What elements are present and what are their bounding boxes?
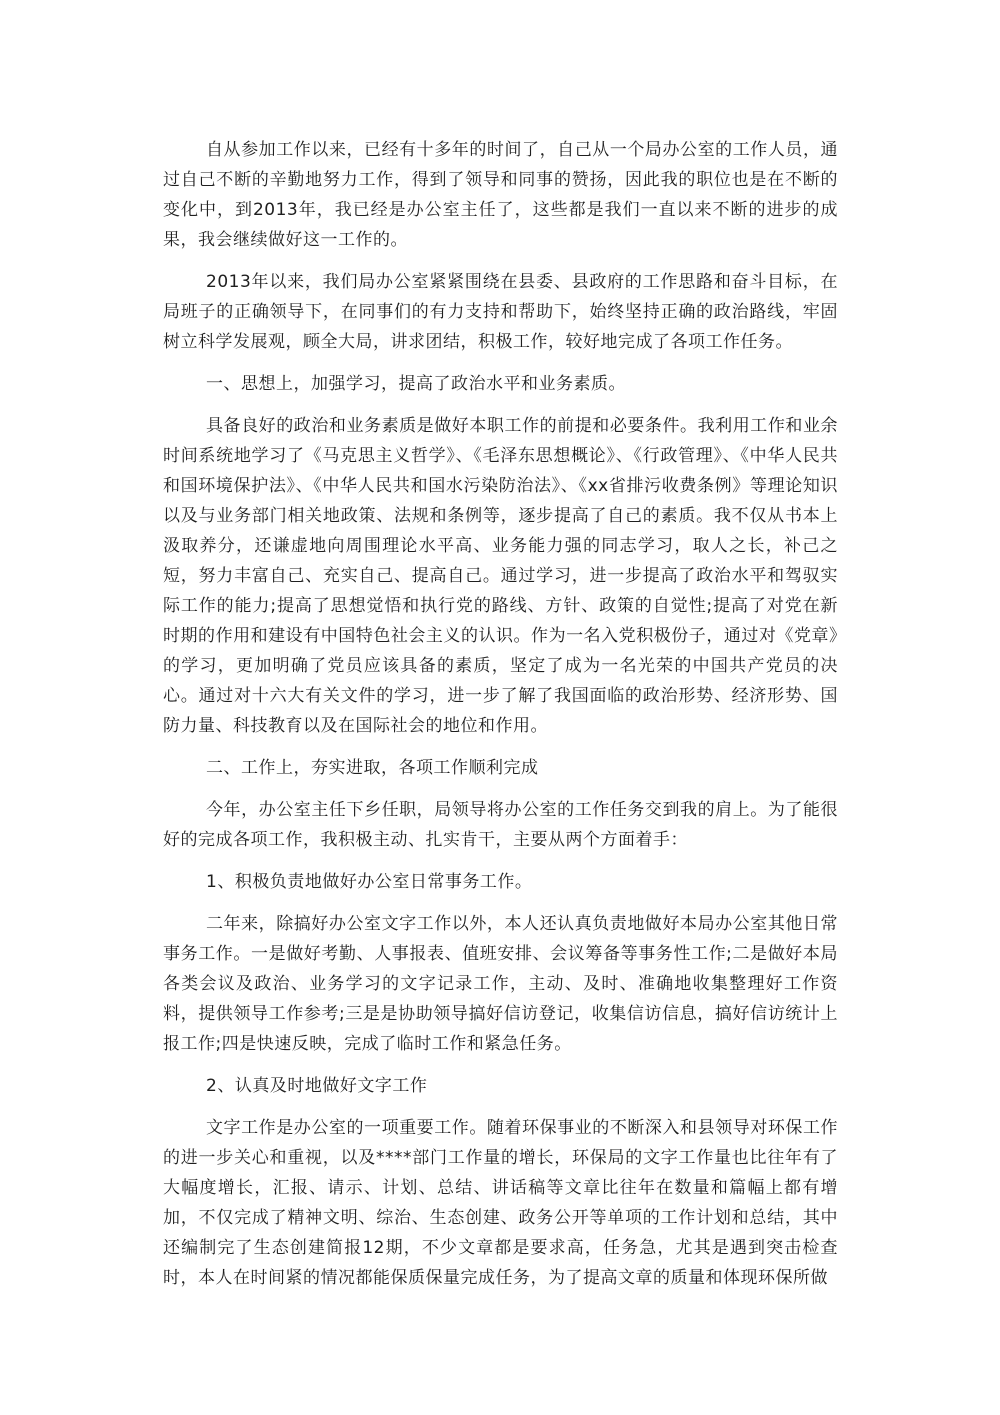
paragraph: 具备良好的政治和业务素质是做好本职工作的前提和必要条件。我利用工作和业余时间系统… bbox=[163, 411, 838, 741]
paragraph: 二年来，除搞好办公室文字工作以外，本人还认真负责地做好本局办公室其他日常事务工作… bbox=[163, 909, 838, 1059]
document-page: 自从参加工作以来，已经有十多年的时间了，自己从一个局办公室的工作人员，通过自己不… bbox=[0, 0, 1000, 1415]
section-heading: 二、工作上，夯实进取，各项工作顺利完成 bbox=[163, 753, 838, 783]
section-heading: 2、认真及时地做好文字工作 bbox=[163, 1071, 838, 1101]
document-body: 自从参加工作以来，已经有十多年的时间了，自己从一个局办公室的工作人员，通过自己不… bbox=[163, 135, 838, 1293]
section-heading: 1、积极负责地做好办公室日常事务工作。 bbox=[163, 867, 838, 897]
section-heading: 一、思想上，加强学习，提高了政治水平和业务素质。 bbox=[163, 369, 838, 399]
paragraph: 文字工作是办公室的一项重要工作。随着环保事业的不断深入和县领导对环保工作的进一步… bbox=[163, 1113, 838, 1293]
paragraph: 2013年以来，我们局办公室紧紧围绕在县委、县政府的工作思路和奋斗目标，在局班子… bbox=[163, 267, 838, 357]
paragraph: 自从参加工作以来，已经有十多年的时间了，自己从一个局办公室的工作人员，通过自己不… bbox=[163, 135, 838, 255]
paragraph: 今年，办公室主任下乡任职，局领导将办公室的工作任务交到我的肩上。为了能很好的完成… bbox=[163, 795, 838, 855]
